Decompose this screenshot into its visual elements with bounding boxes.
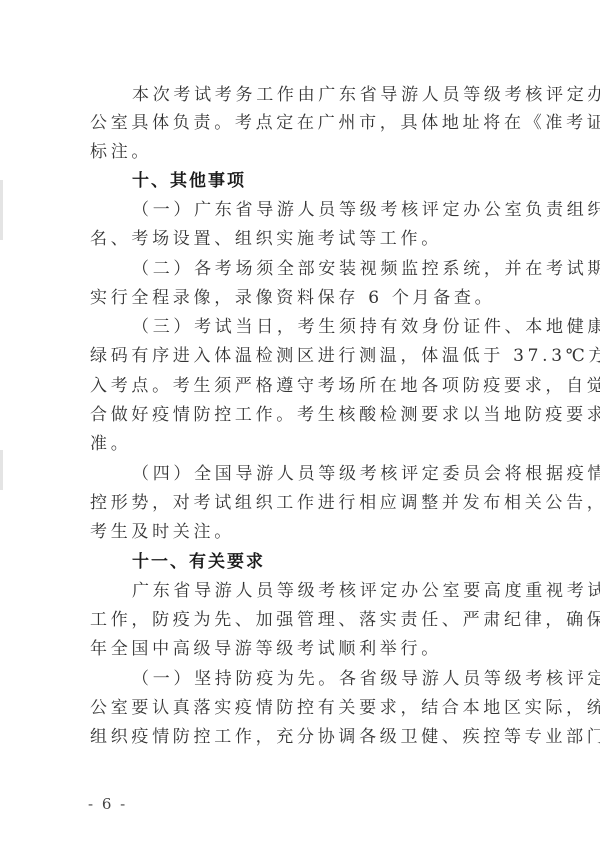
section-heading: 十、其他事项 bbox=[132, 167, 562, 196]
scan-edge-mark bbox=[0, 180, 3, 240]
text-line: （三）考试当日，考生须持有效身份证件、本地健康码 bbox=[132, 313, 562, 342]
text-line: 名、考场设置、组织实施考试等工作。 bbox=[90, 225, 520, 254]
text-line: 公室要认真落实疫情防控有关要求，结合本地区实际，统筹 bbox=[90, 694, 520, 723]
text-line: 考生及时关注。 bbox=[90, 518, 520, 547]
text-line: 标注。 bbox=[90, 138, 520, 167]
text-line: 工作，防疫为先、加强管理、落实责任、严肃纪律，确保 2022 bbox=[90, 606, 520, 635]
section-heading: 十一、有关要求 bbox=[132, 548, 562, 577]
text-line: 年全国中高级导游等级考试顺利举行。 bbox=[90, 635, 520, 664]
text-line: （二）各考场须全部安装视频监控系统，并在考试期间 bbox=[132, 255, 562, 284]
text-line: （一）广东省导游人员等级考核评定办公室负责组织报 bbox=[132, 196, 562, 225]
text-line: 合做好疫情防控工作。考生核酸检测要求以当地防疫要求为 bbox=[90, 401, 520, 430]
text-line: 绿码有序进入体温检测区进行测温，体温低于 37.3℃方可进 bbox=[90, 342, 520, 371]
document-page: 本次考试考务工作由广东省导游人员等级考核评定办公室具体负责。考点定在广州市，具体… bbox=[0, 0, 600, 848]
text-line: 入考点。考生须严格遵守考场所在地各项防疫要求，自觉配 bbox=[90, 372, 520, 401]
text-line: 公室具体负责。考点定在广州市，具体地址将在《准考证》 bbox=[90, 109, 520, 138]
text-line: 本次考试考务工作由广东省导游人员等级考核评定办 bbox=[132, 81, 562, 110]
text-line: （四）全国导游人员等级考核评定委员会将根据疫情防 bbox=[132, 460, 562, 489]
text-line: 实行全程录像，录像资料保存 6 个月备查。 bbox=[90, 284, 520, 313]
text-line: 控形势，对考试组织工作进行相应调整并发布相关公告，请 bbox=[90, 489, 520, 518]
page-number: - 6 - bbox=[88, 795, 127, 813]
text-line: （一）坚持防疫为先。各省级导游人员等级考核评定办 bbox=[132, 665, 562, 694]
text-line: 广东省导游人员等级考核评定办公室要高度重视考试 bbox=[132, 577, 562, 606]
text-line: 组织疫情防控工作，充分协调各级卫健、疾控等专业部门力 bbox=[90, 723, 520, 752]
text-line: 准。 bbox=[90, 430, 520, 459]
scan-edge-mark bbox=[0, 450, 3, 490]
